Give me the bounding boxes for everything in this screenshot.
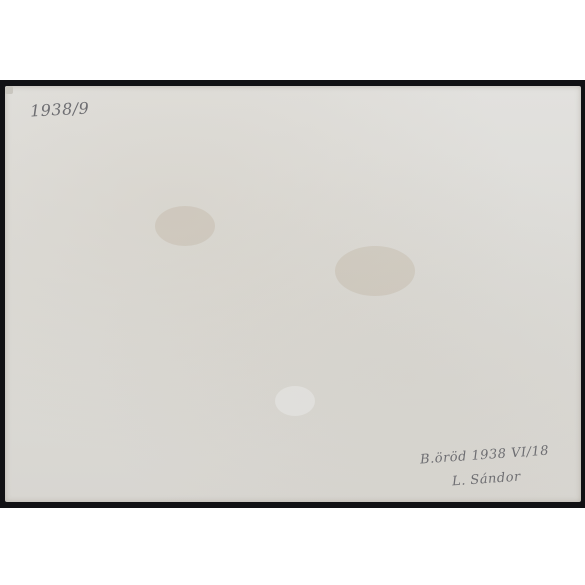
- stain: [335, 246, 415, 296]
- card-corner-wear: [5, 86, 13, 94]
- stain: [275, 386, 315, 416]
- annotation-catalog-number: 1938/9: [30, 98, 90, 120]
- photo-card-back: [5, 86, 581, 502]
- stain: [155, 206, 215, 246]
